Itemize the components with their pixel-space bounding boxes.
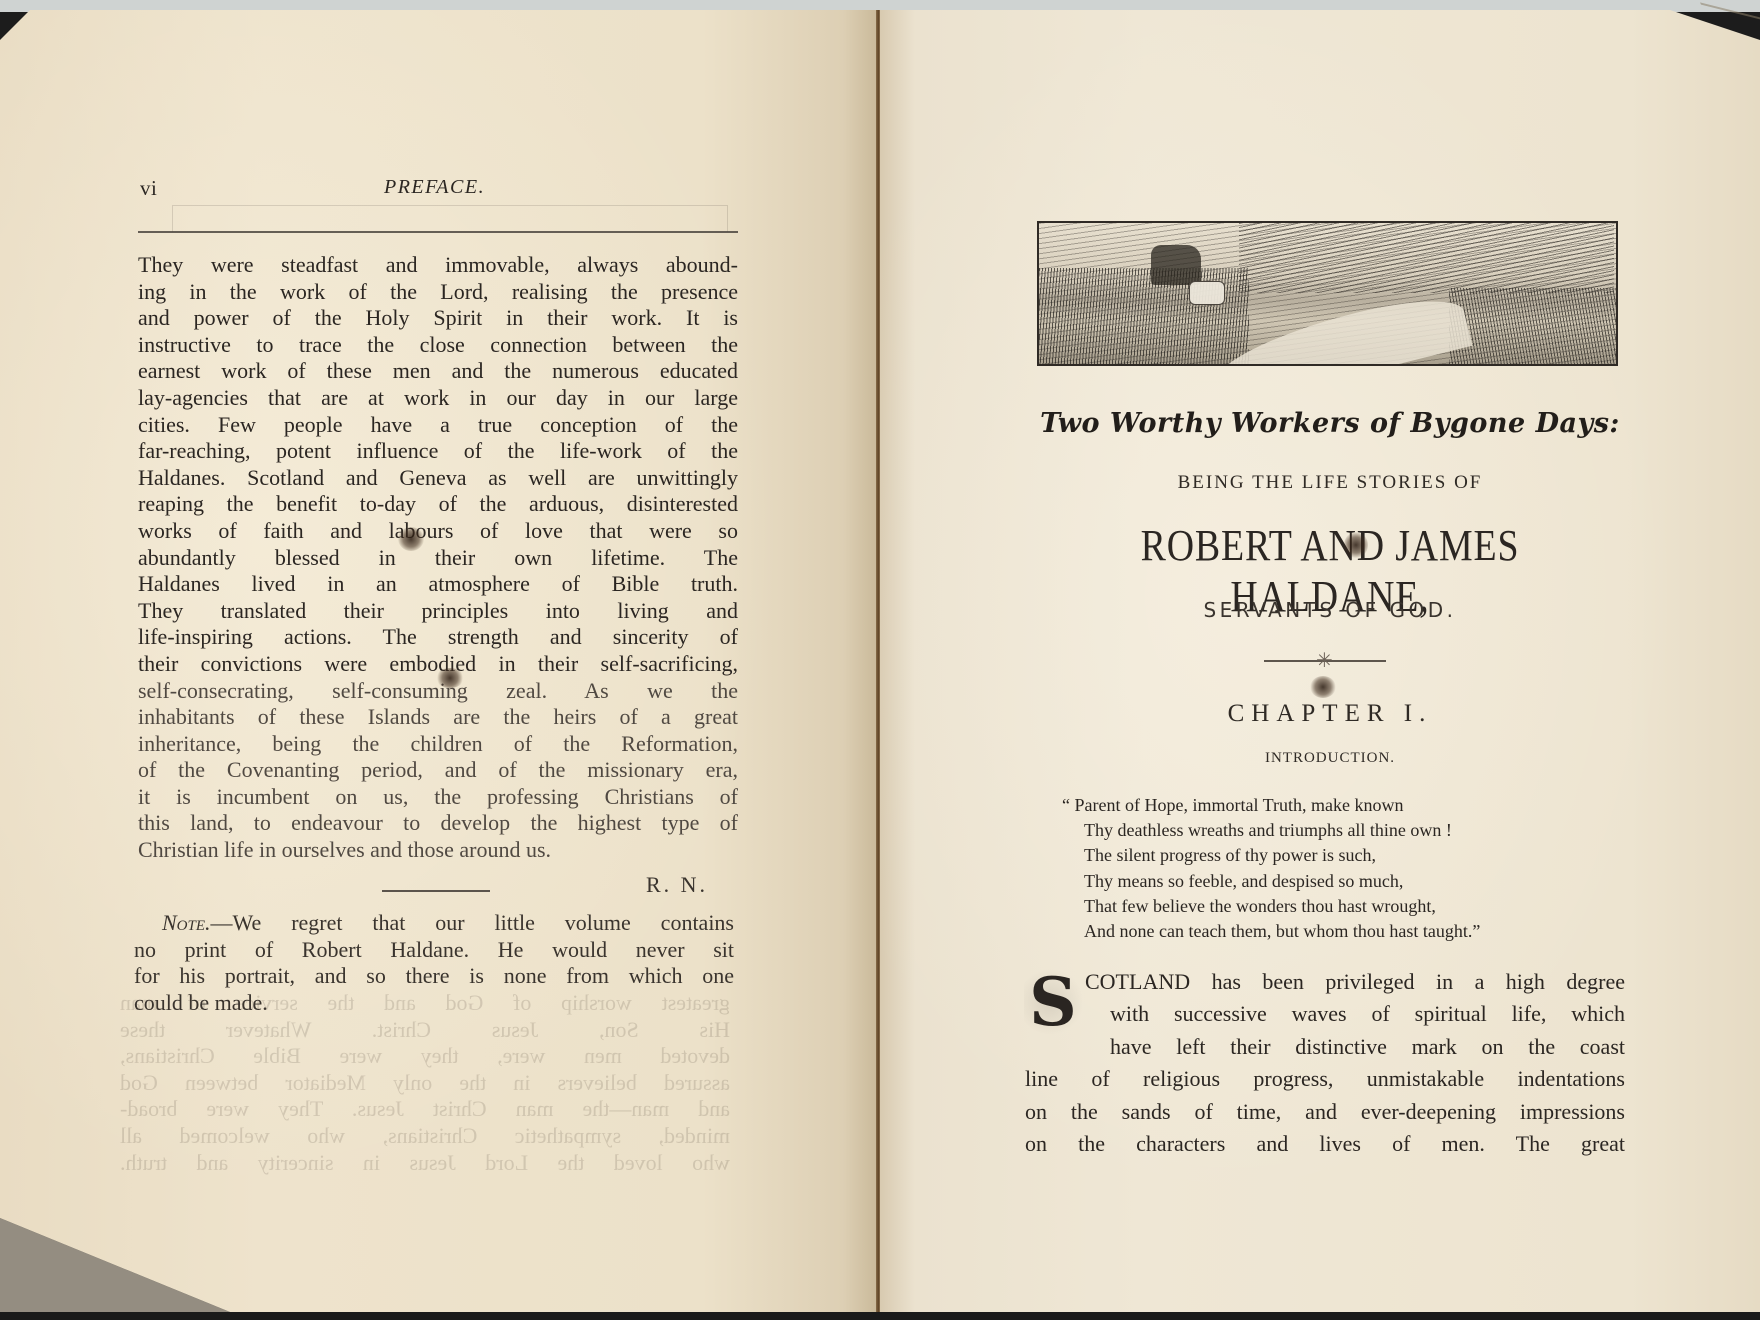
show-through-text: greatest worship of God and the service …	[120, 990, 730, 1176]
author-initials: R. N.	[646, 872, 708, 898]
harvest-engraving-illustration	[1037, 221, 1618, 366]
text-line: instructive to trace the close connectio…	[138, 332, 738, 359]
text-line: life-inspiring actions. The strength and…	[138, 624, 738, 651]
note-line: Note.—We regret that our little volume c…	[134, 910, 734, 937]
note-line: no print of Robert Haldane. He would nev…	[134, 937, 734, 964]
engraving-field	[1449, 288, 1616, 364]
epigraph-poem: “ Parent of Hope, immortal Truth, make k…	[1062, 793, 1622, 944]
text-line: inheritance, being the children of the R…	[138, 731, 738, 758]
ink-stain	[398, 527, 424, 551]
show-through-line: and man—the man Christ Jesus. They were …	[120, 1096, 730, 1123]
poem-line: Thy deathless wreaths and triumphs all t…	[1062, 818, 1622, 843]
text-line: They translated their principles into li…	[138, 598, 738, 625]
chapter-heading: CHAPTER I.	[1030, 700, 1630, 728]
note-line: for his portrait, and so there is none f…	[134, 963, 734, 990]
text-line: lay-agencies that are at work in our day…	[138, 385, 738, 412]
subtitle: BEING THE LIFE STORIES OF	[1030, 472, 1630, 494]
ink-stain	[436, 668, 464, 688]
text-line: cities. Few people have a true conceptio…	[138, 412, 738, 439]
chapter-text: COTLAND has been privileged in a high de…	[1025, 966, 1625, 1160]
text-line: They were steadfast and immovable, alway…	[138, 252, 738, 279]
book-title: Two Worthy Workers of Bygone Days:	[1030, 408, 1630, 439]
ornament-star-icon: ✳	[1316, 648, 1333, 673]
text-line: Haldanes lived in an atmosphere of Bible…	[138, 571, 738, 598]
text-line: reaping the benefit to-day of the arduou…	[138, 491, 738, 518]
poem-line: The silent progress of thy power is such…	[1062, 843, 1622, 868]
show-through-line: assured believers in the only Mediator b…	[120, 1070, 730, 1097]
text-line: abundantly blessed in their own lifetime…	[138, 545, 738, 572]
engraving-hay-cart	[1151, 245, 1201, 285]
text-line: ing in the work of the Lord, realising t…	[138, 279, 738, 306]
text-line: it is incumbent on us, the professing Ch…	[138, 784, 738, 811]
text-line: Haldanes. Scotland and Geneva as well ar…	[138, 465, 738, 492]
subtitle: SERVANTS OF GOD.	[1030, 598, 1630, 622]
show-through-line: devoted men were, they were Bible Christ…	[120, 1043, 730, 1070]
chapter-subtitle: INTRODUCTION.	[1030, 750, 1630, 767]
ink-stain	[1310, 676, 1336, 698]
note-line: could be made.	[134, 990, 734, 1017]
signature-row: R. N.	[138, 872, 738, 900]
show-through-line: who loved the Lord Jesus in sincerity an…	[120, 1150, 730, 1177]
preface-note: Note.—We regret that our little volume c…	[134, 910, 734, 1016]
text-line: works of faith and labours of love that …	[138, 518, 738, 545]
running-head: vi PREFACE.	[138, 176, 738, 206]
text-line: earnest work of these men and the numero…	[138, 358, 738, 385]
section-rule	[382, 890, 490, 892]
text-line: inhabitants of these Islands are the hei…	[138, 704, 738, 731]
poem-line: Thy means so feeble, and despised so muc…	[1062, 869, 1622, 894]
poem-line: “ Parent of Hope, immortal Truth, make k…	[1062, 793, 1622, 818]
text-line: have left their distinctive mark on the …	[1025, 1031, 1625, 1063]
preface-text: They were steadfast and immovable, alway…	[138, 252, 738, 864]
page-number: vi	[140, 176, 157, 201]
text-line: on the sands of time, and ever-deepening…	[1025, 1096, 1625, 1128]
text-line: far-reaching, potent influence of the li…	[138, 438, 738, 465]
text-line: line of religious progress, unmistakable…	[1025, 1063, 1625, 1095]
text-line: Christian life in ourselves and those ar…	[138, 837, 738, 864]
text-line: this land, to endeavour to develop the h…	[138, 810, 738, 837]
text-line: on the characters and lives of men. The …	[1025, 1128, 1625, 1160]
show-through-line: minded, sympathetic Christians, who welc…	[120, 1123, 730, 1150]
poem-line: And none can teach them, but whom thou h…	[1062, 919, 1622, 944]
note-text: —We regret that our little volume contai…	[211, 910, 734, 935]
text-line: COTLAND has been privileged in a high de…	[1025, 966, 1625, 998]
running-title: PREFACE.	[384, 176, 485, 199]
text-line: of the Covenanting period, and of the mi…	[138, 757, 738, 784]
poem-line: That few believe the wonders thou hast w…	[1062, 894, 1622, 919]
show-through-frame	[172, 205, 728, 232]
book-spread-scan: vi PREFACE. They were steadfast and immo…	[0, 0, 1760, 1320]
engraving-horse	[1189, 281, 1225, 305]
note-label: Note.	[162, 910, 211, 935]
engraving-sky	[1239, 223, 1614, 293]
scanner-bottom-edge	[0, 1312, 1760, 1320]
header-rule	[138, 231, 738, 233]
ink-stain	[1344, 532, 1368, 558]
show-through-line: His Son, Jesus Christ. Whatever these	[120, 1017, 730, 1044]
text-line: and power of the Holy Spirit in their wo…	[138, 305, 738, 332]
text-line: with successive waves of spiritual life,…	[1025, 998, 1625, 1030]
